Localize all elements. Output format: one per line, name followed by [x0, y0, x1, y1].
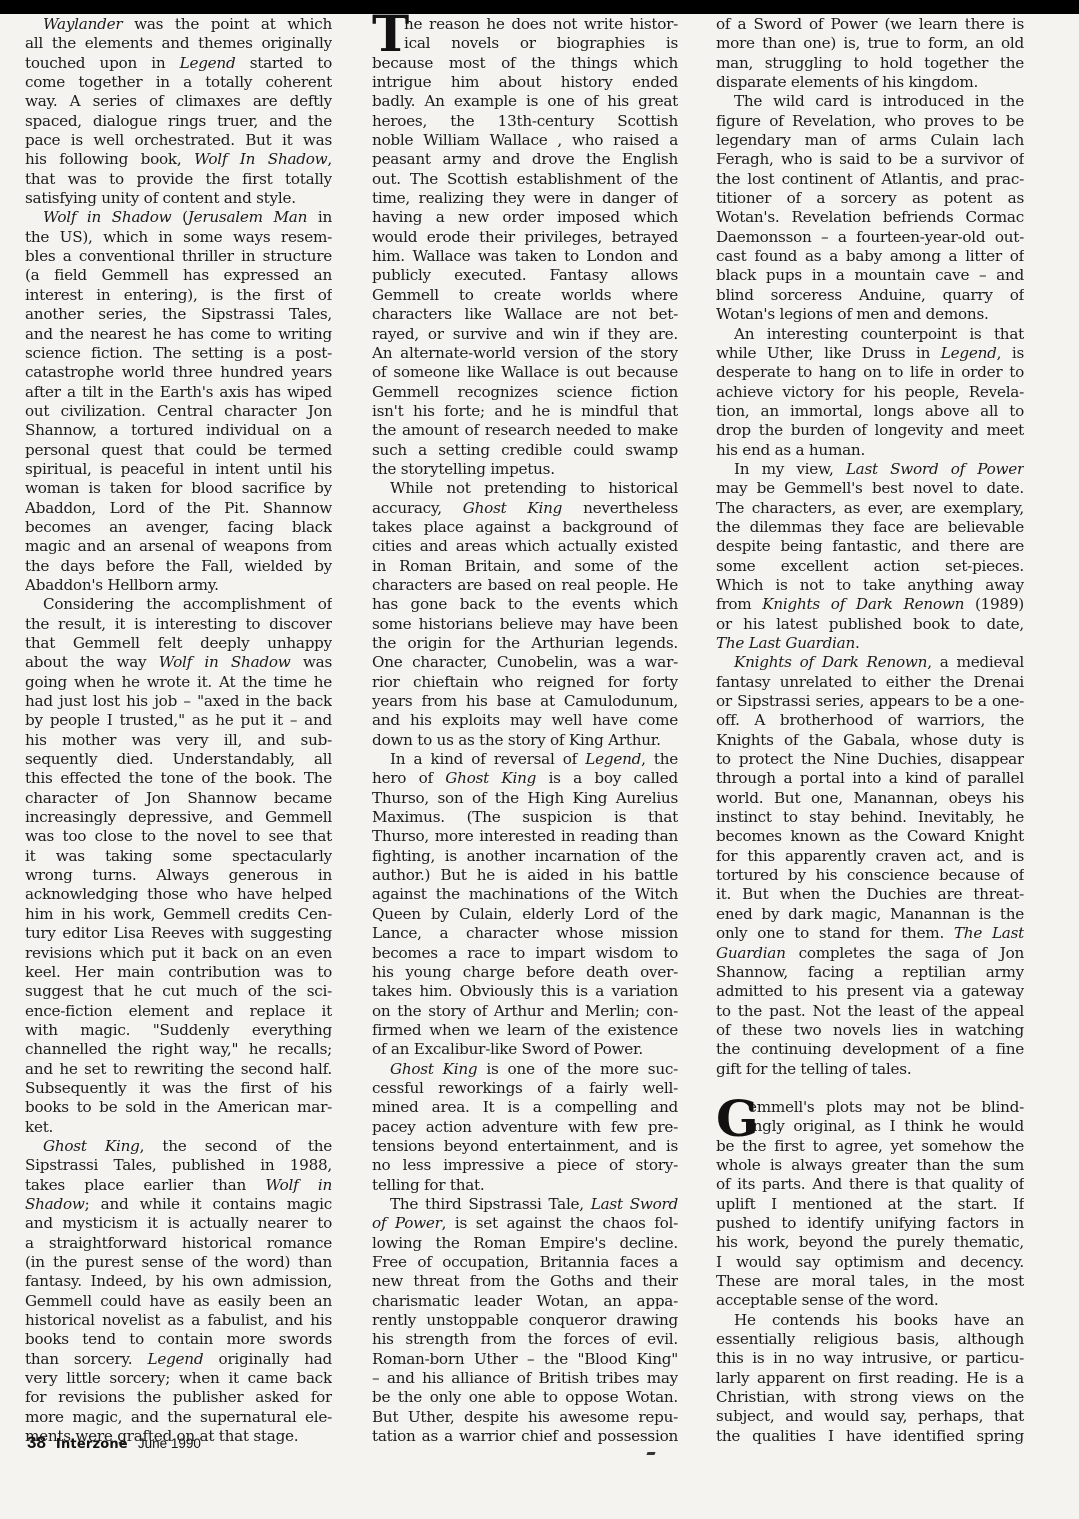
text-line: mined area. It is a compelling and — [372, 1098, 678, 1117]
text-line: In a kind of reversal of Legend, the — [372, 750, 678, 769]
text-line: him. Wallace was taken to London and — [372, 247, 678, 266]
text-line: would erode their privileges, betrayed — [372, 228, 678, 247]
text-line: Christian, with strong views on the — [716, 1388, 1024, 1407]
text-line: the origin for the Arthurian legends. — [372, 634, 678, 653]
text-line: books to be sold in the American mar- — [25, 1098, 332, 1117]
text-line: such a setting credible could swamp — [372, 441, 678, 460]
text-line: figure of Revelation, who proves to be — [716, 112, 1024, 131]
text-line: that Gemmell felt deeply unhappy — [25, 634, 332, 653]
text-line: of someone like Wallace is out because — [372, 363, 678, 382]
text-line: Free of occupation, Britannia faces a — [372, 1253, 678, 1272]
text-line: titioner of a sorcery as potent as — [716, 189, 1024, 208]
text-line: for revisions the publisher asked for — [25, 1388, 332, 1407]
text-line: in Roman Britain, and some of the — [372, 557, 678, 576]
text-line: be the first to agree, yet somehow the — [716, 1137, 1024, 1156]
text-line: fantasy. Indeed, by his own admission, — [25, 1272, 332, 1291]
text-line: more magic, and the supernatural ele- — [25, 1408, 332, 1427]
text-line: of a Sword of Power (we learn there is — [716, 15, 1024, 34]
text-line: suggest that he cut much of the sci- — [25, 982, 332, 1001]
text-line: rayed, or survive and win if they are. — [372, 325, 678, 344]
text-line: the amount of research needed to make — [372, 421, 678, 440]
text-line: while Uther, like Druss in Legend, is — [716, 344, 1024, 363]
text-line: woman is taken for blood sacrifice by — [25, 479, 332, 498]
text-line: becomes an avenger, facing black — [25, 518, 332, 537]
text-line: wrong turns. Always generous in — [25, 866, 332, 885]
section-gap — [716, 1079, 1024, 1098]
text-line: was too close to the novel to see that — [25, 827, 332, 846]
text-line: his work, beyond the purely thematic, — [716, 1233, 1024, 1252]
text-line: may be Gemmell's best novel to date. — [716, 479, 1024, 498]
text-line: Abaddon's Hellborn army. — [25, 576, 332, 595]
text-line: pacey action adventure with few pre- — [372, 1118, 678, 1137]
text-line: and the nearest he has come to writing — [25, 325, 332, 344]
text-line: uplift I mentioned at the start. If — [716, 1195, 1024, 1214]
text-line: The Last Guardian. — [716, 634, 1024, 653]
drop-cap-letter: G — [716, 1094, 759, 1144]
text-line: Feragh, who is said to be a survivor of — [716, 150, 1024, 169]
text-line: Thurso, more interested in reading than — [372, 827, 678, 846]
text-line: Gemmell recognizes science fiction — [372, 383, 678, 402]
text-line: personal quest that could be termed — [25, 441, 332, 460]
text-line: disparate elements of his kingdom. — [716, 73, 1024, 92]
text-line: Daemonsson – a fourteen-year-old out- — [716, 228, 1024, 247]
text-line: cities and areas which actually existed — [372, 537, 678, 556]
magazine-name: Interzone — [56, 1437, 128, 1452]
text-line: way. A series of climaxes are deftly — [25, 92, 332, 111]
text-line: hero of Ghost King is a boy called — [372, 769, 678, 788]
text-line: fantasy unrelated to either the Drenai — [716, 673, 1024, 692]
text-line: after a tilt in the Earth's axis has wip… — [25, 383, 332, 402]
text-line: catastrophe world three hundred years — [25, 363, 332, 382]
text-line: very little sorcery; when it came back — [25, 1369, 332, 1388]
text-line: ence-fiction element and replace it — [25, 1002, 332, 1021]
text-line: Ghost King, the second of the — [25, 1137, 332, 1156]
text-line: all the elements and themes originally — [25, 34, 332, 53]
text-line: achieve victory for his people, Revela- — [716, 383, 1024, 402]
text-line: another series, the Sipstrassi Tales, — [25, 305, 332, 324]
text-line: accuracy, Ghost King nevertheless — [372, 499, 678, 518]
text-line: sequently died. Understandably, all — [25, 750, 332, 769]
text-line: only one to stand for them. The Last — [716, 924, 1024, 943]
text-line: admitted to his present via a gateway — [716, 982, 1024, 1001]
text-line: The wild card is introduced in the — [716, 92, 1024, 111]
column-2: The reason he does not write histor-ical… — [372, 15, 678, 1446]
text-line: Shannow, facing a reptilian army — [716, 963, 1024, 982]
text-line: desperate to hang on to life in order to — [716, 363, 1024, 382]
text-line: new threat from the Goths and their — [372, 1272, 678, 1291]
text-line: pushed to identify unifying factors in — [716, 1214, 1024, 1233]
text-line: out. The Scottish establishment of the — [372, 170, 678, 189]
text-line: revisions which put it back on an even — [25, 944, 332, 963]
text-line: has gone back to the events which — [372, 595, 678, 614]
text-line: publicly executed. Fantasy allows — [372, 266, 678, 285]
text-line: through a portal into a kind of parallel — [716, 769, 1024, 788]
text-line: character of Jon Shannow became — [25, 789, 332, 808]
text-line: Ghost King is one of the more suc- — [372, 1060, 678, 1079]
text-line: some excellent action set-pieces. — [716, 557, 1024, 576]
page-footer: 38 Interzone June 1990 — [27, 1433, 201, 1453]
text-line: While not pretending to historical — [372, 479, 678, 498]
text-line: instinct to stay behind. Inevitably, he — [716, 808, 1024, 827]
text-line: pace is well orchestrated. But it was — [25, 131, 332, 150]
text-line: be the only one able to oppose Wotan. — [372, 1388, 678, 1407]
text-line: ket. — [25, 1118, 332, 1137]
text-line: blind sorceress Anduine, quarry of — [716, 286, 1024, 305]
text-line: no less impressive a piece of story- — [372, 1156, 678, 1175]
text-line: against the machinations of the Witch — [372, 885, 678, 904]
text-line: or his latest published book to date, — [716, 615, 1024, 634]
text-line: because most of the things which — [372, 54, 678, 73]
text-line: An interesting counterpoint is that — [716, 325, 1024, 344]
text-line: interest in entering), is the first of — [25, 286, 332, 305]
text-line: spiritual, is peaceful in intent until h… — [25, 460, 332, 479]
text-line: having a new order imposed which — [372, 208, 678, 227]
text-line: Knights of the Gabala, whose duty is — [716, 731, 1024, 750]
text-line: Guardian completes the saga of Jon — [716, 944, 1024, 963]
magazine-page: Waylander was the point at whichall the … — [0, 14, 1079, 1519]
text-line: He contends his books have an — [716, 1311, 1024, 1330]
text-line: his end as a human. — [716, 441, 1024, 460]
text-line: years from his base at Camulodunum, — [372, 692, 678, 711]
text-line: Wolf in Shadow (Jerusalem Man in — [25, 208, 332, 227]
text-line: Queen by Culain, elderly Lord of the — [372, 905, 678, 924]
text-line: emmell's plots may not be blind- — [716, 1098, 1024, 1117]
text-line: him in his work, Gemmell credits Cen- — [25, 905, 332, 924]
drop-cap-letter: T — [372, 9, 409, 59]
text-line: Abaddon, Lord of the Pit. Shannow — [25, 499, 332, 518]
text-line: ened by dark magic, Manannan is the — [716, 905, 1024, 924]
text-line: the US), which in some ways resem- — [25, 228, 332, 247]
text-line: rently unstoppable conqueror drawing — [372, 1311, 678, 1330]
text-line: of its parts. And there is that quality … — [716, 1175, 1024, 1194]
text-line: Sipstrassi Tales, published in 1988, — [25, 1156, 332, 1175]
text-line: Shannow, a tortured individual on a — [25, 421, 332, 440]
text-line: tion, an immortal, longs above all to — [716, 402, 1024, 421]
text-line: characters are based on real people. He — [372, 576, 678, 595]
text-line: takes him. Obviously this is a variation — [372, 982, 678, 1001]
text-line: – and his alliance of British tribes may — [372, 1369, 678, 1388]
text-line: characters like Wallace are not bet- — [372, 305, 678, 324]
text-line: by people I trusted," as he put it – and — [25, 711, 332, 730]
text-line: The characters, as ever, are exemplary, — [716, 499, 1024, 518]
text-line: the storytelling impetus. — [372, 460, 678, 479]
text-line: rior chieftain who reigned for forty — [372, 673, 678, 692]
text-line: and mysticism it is actually nearer to — [25, 1214, 332, 1233]
text-line: heroes, the 13th-century Scottish — [372, 112, 678, 131]
text-line: author.) But he is aided in his battle — [372, 866, 678, 885]
text-line: gift for the telling of tales. — [716, 1060, 1024, 1079]
text-line: the lost continent of Atlantis, and prac… — [716, 170, 1024, 189]
text-line: the qualities I have identified spring — [716, 1427, 1024, 1446]
text-line: with magic. "Suddenly everything — [25, 1021, 332, 1040]
text-line: essentially religious basis, although — [716, 1330, 1024, 1349]
text-line: cessful reworkings of a fairly well- — [372, 1079, 678, 1098]
text-line: magic and an arsenal of weapons from — [25, 537, 332, 556]
text-line: and he set to rewriting the second half. — [25, 1060, 332, 1079]
text-line: becomes known as the Coward Knight — [716, 827, 1024, 846]
text-line: down to us as the story of King Arthur. — [372, 731, 678, 750]
text-line: touched upon in Legend started to — [25, 54, 332, 73]
text-line: firmed when we learn of the existence — [372, 1021, 678, 1040]
text-line: the result, it is interesting to discove… — [25, 615, 332, 634]
text-line: satisfying unity of content and style. — [25, 189, 332, 208]
text-line: fighting, is another incarnation of the — [372, 847, 678, 866]
text-line: bles a conventional thriller in structur… — [25, 247, 332, 266]
text-line: his mother was very ill, and sub- — [25, 731, 332, 750]
text-line: of an Excalibur-like Sword of Power. — [372, 1040, 678, 1059]
text-line: increasingly depressive, and Gemmell — [25, 808, 332, 827]
text-line: takes place earlier than Wolf in — [25, 1176, 332, 1195]
text-line: (in the purest sense of the word) than — [25, 1253, 332, 1272]
text-line: of Power, is set against the chaos fol- — [372, 1214, 678, 1233]
text-line: Knights of Dark Renown, a medieval — [716, 653, 1024, 672]
text-line: off. A brotherhood of warriors, the — [716, 711, 1024, 730]
text-line: for this apparently craven act, and is — [716, 847, 1024, 866]
text-line: spaced, dialogue rings truer, and the — [25, 112, 332, 131]
text-line: Roman-born Uther – the "Blood King" — [372, 1350, 678, 1369]
column-3: of a Sword of Power (we learn there ismo… — [716, 15, 1024, 1446]
text-line: Thurso, son of the High King Aurelius — [372, 789, 678, 808]
text-line: his strength from the forces of evil. — [372, 1330, 678, 1349]
text-line: channelled the right way," he recalls; — [25, 1040, 332, 1059]
text-line: tury editor Lisa Reeves with suggesting — [25, 924, 332, 943]
text-line: (a field Gemmell has expressed an — [25, 266, 332, 285]
text-line: going when he wrote it. At the time he — [25, 673, 332, 692]
text-line: In my view, Last Sword of Power — [716, 460, 1024, 479]
text-line: man, struggling to hold together the — [716, 54, 1024, 73]
page-number: 38 — [27, 1433, 46, 1453]
text-line: it. But when the Duchies are threat- — [716, 885, 1024, 904]
text-line: had just lost his job – "axed in the bac… — [25, 692, 332, 711]
text-line: The third Sipstrassi Tale, Last Sword — [372, 1195, 678, 1214]
text-line: more than one) is, true to form, an old — [716, 34, 1024, 53]
text-line: that was to provide the first totally — [25, 170, 332, 189]
text-line: becomes a race to impart wisdom to — [372, 944, 678, 963]
text-line: out civilization. Central character Jon — [25, 402, 332, 421]
text-line: world. But one, Manannan, obeys his — [716, 789, 1024, 808]
text-line: of these two novels lies in watching — [716, 1021, 1024, 1040]
text-line: tensions beyond entertainment, and is — [372, 1137, 678, 1156]
text-line: acceptable sense of the word. — [716, 1291, 1024, 1310]
text-line: I would say optimism and decency. — [716, 1253, 1024, 1272]
text-line: on the story of Arthur and Merlin; con- — [372, 1002, 678, 1021]
top-black-bar — [0, 0, 1079, 14]
column-1: Waylander was the point at whichall the … — [25, 15, 332, 1446]
text-line: larly apparent on first reading. He is a — [716, 1369, 1024, 1388]
text-line: intrigue him about history ended — [372, 73, 678, 92]
text-line: a straightforward historical romance — [25, 1234, 332, 1253]
text-line: black pups in a mountain cave – and — [716, 266, 1024, 285]
text-line: Gemmell to create worlds where — [372, 286, 678, 305]
text-line: Maximus. (The suspicion is that — [372, 808, 678, 827]
text-line: acknowledging those who have helped — [25, 885, 332, 904]
text-line: ical novels or biographies is — [372, 34, 678, 53]
text-line: Which is not to take anything away — [716, 576, 1024, 595]
text-line: books tend to contain more swords — [25, 1330, 332, 1349]
issue-date: June 1990 — [138, 1436, 201, 1451]
text-line: the days before the Fall, wielded by — [25, 557, 332, 576]
text-line: Wotan's. Revelation befriends Cormac — [716, 208, 1024, 227]
text-line: These are moral tales, in the most — [716, 1272, 1024, 1291]
text-line: Considering the accomplishment of — [25, 595, 332, 614]
text-line: keel. Her main contribution was to — [25, 963, 332, 982]
text-line: tortured by his conscience because of — [716, 866, 1024, 885]
text-line: ingly original, as I think he would — [716, 1117, 1024, 1136]
text-line: than sorcery. Legend originally had — [25, 1350, 332, 1369]
text-line: Shadow; and while it contains magic — [25, 1195, 332, 1214]
text-line: One character, Cunobelin, was a war- — [372, 653, 678, 672]
text-line: about the way Wolf in Shadow was — [25, 653, 332, 672]
text-line: charismatic leader Wotan, an appa- — [372, 1292, 678, 1311]
text-line: and his exploits may well have come — [372, 711, 678, 730]
text-line: or Sipstrassi series, appears to be a on… — [716, 692, 1024, 711]
text-line: despite being fantastic, and there are — [716, 537, 1024, 556]
text-line: to the past. Not the least of the appeal — [716, 1002, 1024, 1021]
text-line: subject, and would say, perhaps, that — [716, 1407, 1024, 1426]
text-line: badly. An example is one of his great — [372, 92, 678, 111]
text-line: some historians believe may have been — [372, 615, 678, 634]
text-line: he reason he does not write histor- — [372, 15, 678, 34]
print-mark — [646, 1452, 655, 1455]
text-line: the continuing development of a fine — [716, 1040, 1024, 1059]
text-line: science fiction. The setting is a post- — [25, 344, 332, 363]
text-line: peasant army and drove the English — [372, 150, 678, 169]
text-line: historical novelist as a fabulist, and h… — [25, 1311, 332, 1330]
text-line: An alternate-world version of the story — [372, 344, 678, 363]
text-line: this effected the tone of the book. The — [25, 769, 332, 788]
text-line: whole is always greater than the sum — [716, 1156, 1024, 1175]
text-line: Wotan's legions of men and demons. — [716, 305, 1024, 324]
text-line: his young charge before death over- — [372, 963, 678, 982]
text-line: time, realizing they were in danger of — [372, 189, 678, 208]
text-line: the dilemmas they face are believable — [716, 518, 1024, 537]
text-line: tation as a warrior chief and possession — [372, 1427, 678, 1446]
text-line: from Knights of Dark Renown (1989) — [716, 595, 1024, 614]
text-line: Lance, a character whose mission — [372, 924, 678, 943]
text-line: Waylander was the point at which — [25, 15, 332, 34]
text-line: legendary man of arms Culain lach — [716, 131, 1024, 150]
text-line: this is in no way intrusive, or particu- — [716, 1349, 1024, 1368]
text-line: come together in a totally coherent — [25, 73, 332, 92]
text-line: it was taking some spectacularly — [25, 847, 332, 866]
text-line: his following book, Wolf In Shadow, — [25, 150, 332, 169]
text-line: cast found as a baby among a litter of — [716, 247, 1024, 266]
text-line: lowing the Roman Empire's decline. — [372, 1234, 678, 1253]
text-line: Gemmell could have as easily been an — [25, 1292, 332, 1311]
text-line: takes place against a background of — [372, 518, 678, 537]
text-line: Subsequently it was the first of his — [25, 1079, 332, 1098]
text-line: to protect the Nine Duchies, disappear — [716, 750, 1024, 769]
text-line: isn't his forte; and he is mindful that — [372, 402, 678, 421]
text-line: noble William Wallace , who raised a — [372, 131, 678, 150]
text-line: telling for that. — [372, 1176, 678, 1195]
text-line: But Uther, despite his awesome repu- — [372, 1408, 678, 1427]
text-line: drop the burden of longevity and meet — [716, 421, 1024, 440]
